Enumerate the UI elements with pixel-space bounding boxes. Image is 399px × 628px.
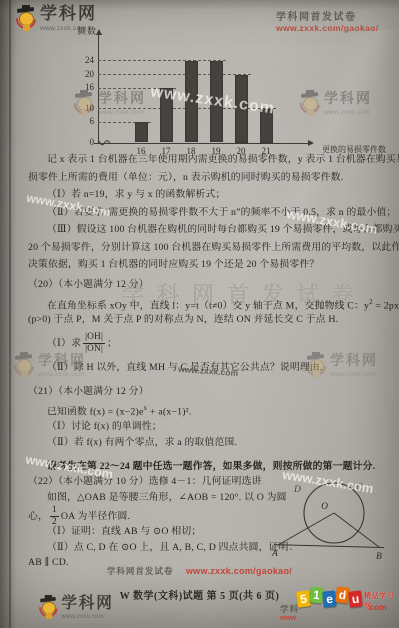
y-tick-label: 20 [68,69,94,79]
p20-line: (p>0) 于点 P，M 关于点 P 的对称点为 N，连结 ON 并延长交 C … [28,313,388,326]
mascot-icon [14,352,35,379]
watermark-logo: 学科网www.zxxk.com [300,90,372,117]
mascot-icon [74,90,95,117]
fraction-numerator: 1 [50,505,59,516]
watermark-logo-name: 学科网 [98,90,146,106]
p21-part1: （Ⅰ）讨论 f(x) 的单调性； [28,420,399,433]
p20-title: （20）（本小题满分 12 分） [28,278,388,291]
p19-line: 20 个易损零件，分别计算这 100 台机器在购买易损零件上所需费用的平均数，以… [28,241,388,254]
watermark-logo-name: 学科网 [330,352,378,368]
p21-l1-tail: + a(x−1)². [147,406,191,417]
x-axis-arrow-icon [308,140,314,146]
figure-label-O: O [321,502,328,512]
p20-l1-text: 在直角坐标系 xOy 中，直线 l：y=t（t≠0）交 y 轴于点 M，交抛物线… [47,300,369,311]
p22-part2: （Ⅱ）点 C, D 在 ⊙O 上，且 A, B, C, D 四点共圆，证明： [28,541,297,554]
watermark-logo-url: www.zxxk.com [330,371,378,378]
edu51-logo: 5 1 e d u 精品学习网 .com [296,582,399,628]
watermark-logo-name: 学科网 [324,90,372,106]
watermark-logo-url: www.zxxk.com [38,371,86,378]
watermark-logo: 学科网www.zxxk.com [74,90,146,117]
axis-break-squiggle [99,138,112,148]
bar [235,75,248,143]
watermark-logo-url: www.zxxk.com [98,109,146,116]
gridline [98,74,251,75]
watermark-logo: 学科网www.zxxk.com [306,352,378,379]
edu51-com: .com [367,602,387,612]
figure-label-C: C [356,483,363,493]
zxxk-mascot-icon [39,595,58,620]
p21-line: 已知函数 f(x) = (x−2)ex + a(x−1)². [28,402,399,418]
circle-triangle-figure: O A B D C [266,464,396,564]
p22-l2-text: 心， [28,510,48,523]
p19-line: 记 x 表示 1 台机器在三年使用期内需更换的易损零件数，y 表示 1 台机器在… [28,153,399,166]
edu51-tile: u [348,590,363,607]
p20-line: 在直角坐标系 xOy 中，直线 l：y=t（t≠0）交 y 轴于点 M，交抛物线… [28,296,399,312]
fraction: |OH||ON| [83,332,105,353]
y-axis [98,35,99,143]
y-tick-label: 24 [68,55,94,65]
y-axis-label: 频数 [77,24,97,37]
watermark-logo: 学科网www.zxxk.com [14,352,86,379]
p19-part2: （Ⅱ）若要求“需更换的易损零件数不大于 n”的频率不小于 0.5，求 n 的最小… [28,206,399,219]
p19-line: 决策依据，购买 1 台机器的同时应购买 19 个还是 20 个易损零件？ [28,258,388,271]
zxxk-logo-name: 学科网 [61,594,113,611]
p19-part3: （Ⅲ）假设这 100 台机器在购机的同时每台都购买 19 个易损零件，或每台都购… [28,223,399,236]
bar [210,61,223,143]
p22-line: 如图，△OAB 是等腰三角形，∠AOB = 120°. 以 O 为圆 [28,491,292,504]
footer-release-line: 学科网首发试卷 www.zxxk.com/gaokao/ [0,561,399,579]
watermark-logo-name: 学科网 [38,352,86,368]
p21-part2: （Ⅱ）若 f(x) 有两个零点，求 a 的取值范围. [28,436,399,449]
p21-title: （21）（本小题满分 12 分） [28,385,388,398]
y-tick-label: 6 [68,116,94,126]
bar [185,61,198,143]
mascot-icon [300,90,321,117]
p22-l2-tail: OA 为半径作圆. [61,510,130,523]
zxxk-logo-url: www.zxxk.com [61,613,113,619]
footer-release-title: 学科网首发试卷 [107,566,174,576]
partial-url-text: www [280,615,296,622]
bar [260,109,273,143]
bar [160,88,173,142]
figure-label-D: D [293,485,301,495]
p20-part1-text: （Ⅰ）求 [47,337,81,350]
mascot-icon [306,352,327,379]
watermark-logo-url: www.zxxk.com [324,109,372,116]
fraction: 12 [50,505,59,526]
p19-line: 损零件上所需的费用（单位：元），n 表示购机的同时购买的易损零件数. [28,171,388,184]
bar [135,122,148,142]
p19-part1: （Ⅰ）若 n=19，求 y 与 x 的函数解析式； [28,188,399,201]
zxxk-logo-bottom: 学科网www.zxxk.com [39,595,114,620]
p21-l1-text: 已知函数 f(x) = (x−2)e [47,406,144,417]
figure-label-A: A [271,549,278,559]
footer-release-url: www.zxxk.com/gaokao/ [186,566,292,576]
y-tick-label: 0 [68,137,94,147]
p20-l1-tail: = 2px [373,300,399,311]
fraction-denominator: |ON| [83,344,105,354]
x-axis [94,143,310,144]
scanned-exam-page: 学科网 www.zxxk.com 学科网首发试卷 www.zxxk.com/ga… [0,0,399,628]
fraction-numerator: |OH| [83,332,105,343]
p20-part1-punct: ； [107,337,117,350]
frequency-histogram: 频数 更换的易损零件数 0610162024161718192021 [0,0,399,170]
gridline [98,60,226,61]
y-axis-arrow-icon [96,29,102,35]
